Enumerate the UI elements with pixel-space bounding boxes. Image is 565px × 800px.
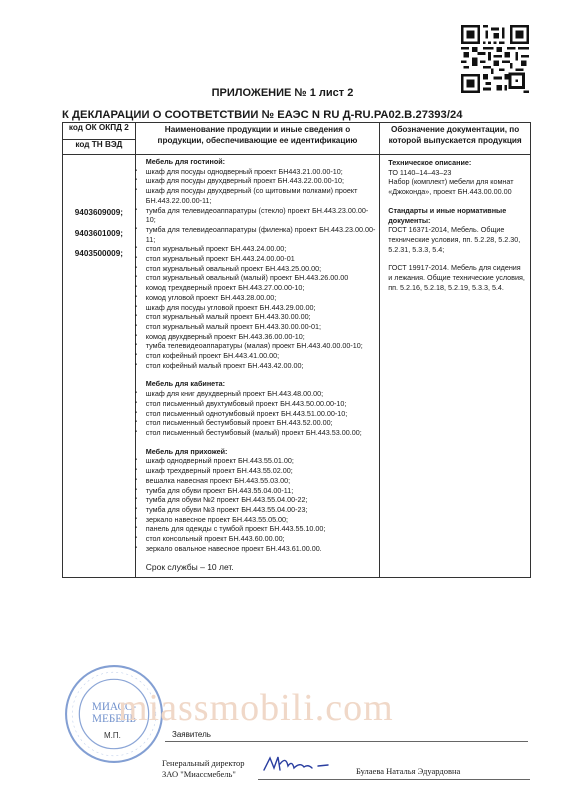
appendix-title: ПРИЛОЖЕНИЕ № 1 лист 2 [0, 87, 565, 99]
product-item: стол журнальный овальный (малый) проект … [139, 273, 378, 283]
product-item: зеркало овальное навесное проект БН.443.… [139, 544, 378, 554]
product-item: стол журнальный малый проект БН.443.30.0… [139, 312, 378, 322]
code-3: 9403500009; [63, 244, 135, 265]
tech-desc-title: Техническое описание: [388, 158, 471, 167]
product-item: стол кофейный малый проект БН.443.42.00.… [139, 361, 378, 371]
product-item: шкаф для посуды однодверный проект БН443… [139, 167, 378, 177]
section-title-living-room: Мебель для гостиной: [139, 157, 378, 167]
declaration-title: К ДЕКЛАРАЦИИ О СООТВЕТСТВИИ № ЕАЭС N RU … [62, 109, 463, 121]
product-item: стол письменный бестумбовый (малый) прое… [139, 428, 378, 438]
product-item: комод угловой проект БН.443.28.00.00; [139, 293, 378, 303]
products-table: код ОК ОКПД 2 Наименование продукции и и… [62, 122, 531, 578]
product-item: тумба для обуви проект БН.443.55.04.00-1… [139, 486, 378, 496]
col-header-name: Наименование продукции и иные сведения о… [135, 123, 380, 155]
product-item: комод трехдверный проект БН.443.27.00.00… [139, 283, 378, 293]
product-item: шкаф для книг двухдверный проект БН.443.… [139, 389, 378, 399]
product-item: вешалка навесная проект БН.443.55.03.00; [139, 476, 378, 486]
product-item: стол журнальный овальный проект БН.443.2… [139, 264, 378, 274]
product-item: комод двухдверный проект БН.443.36.00.00… [139, 332, 378, 342]
col-header-tnved: код ТН ВЭД [63, 140, 136, 155]
standards-title: Стандарты и иные нормативные документы: [388, 206, 506, 225]
qr-code [461, 25, 529, 93]
product-item: тумба для телевидеоаппаратуры (филенка) … [139, 225, 378, 244]
product-item: стол письменный однотумбовый проект БН.4… [139, 409, 378, 419]
product-item: стол журнальный проект БН.443.24.00.00; [139, 244, 378, 254]
applicant-line [165, 741, 528, 742]
signer-name: Булаева Наталья Эдуардовна [356, 766, 460, 776]
section-title-hallway: Мебель для прихожей: [139, 447, 378, 457]
product-item: тумба для обуви №3 проект БН.443.55.04.0… [139, 505, 378, 515]
product-item: тумба для обуви №2 проект БН.443.55.04.0… [139, 495, 378, 505]
product-item: шкаф для посуды угловой проект БН.443.29… [139, 303, 378, 313]
tech-desc-text: Набор (комплект) мебели для комнат «Джок… [388, 177, 526, 196]
signature-line [258, 779, 530, 780]
product-item: шкаф для посуды двухдверный (со щитовыми… [139, 186, 378, 205]
product-item: шкаф трехдверный проект БН.443.55.02.00; [139, 466, 378, 476]
product-item: шкаф однодверный проект БН.443.55.01.00; [139, 456, 378, 466]
signature [260, 752, 340, 778]
signer-company: ЗАО "Миассмебель" [162, 769, 245, 780]
section-title-office: Мебель для кабинета: [139, 379, 378, 389]
col-header-docs: Обозначение документации, по которой вып… [380, 123, 531, 155]
product-item: панель для одежды с тумбой проект БН.443… [139, 524, 378, 534]
products-cell: Мебель для гостиной: шкаф для посуды одн… [135, 155, 380, 578]
code-1: 9403609009; [63, 203, 135, 224]
product-item: шкаф для посуды двухдверный проект БН.44… [139, 176, 378, 186]
codes-cell: 9403609009; 9403601009; 9403500009; [63, 155, 136, 578]
signer-position-block: Генеральный директор ЗАО "Миассмебель" [162, 758, 245, 780]
standard-2: ГОСТ 19917-2014. Мебель для сидения и ле… [388, 263, 526, 292]
product-item: стол журнальный проект БН.443.24.00.00-0… [139, 254, 378, 264]
tech-desc-code: ТО 1140–14–43–23 [388, 168, 526, 178]
col-header-okpd: код ОК ОКПД 2 [63, 123, 136, 140]
product-item: стол письменный двухтумбовый проект БН.4… [139, 399, 378, 409]
code-2: 9403601009; [63, 224, 135, 245]
applicant-label: Заявитель [172, 730, 211, 739]
standard-1: ГОСТ 16371-2014, Мебель. Общие техническ… [388, 225, 526, 254]
section-items-hallway: шкаф однодверный проект БН.443.55.01.00;… [139, 456, 378, 553]
stamp-mp: М.П. [104, 731, 121, 740]
section-items-living-room: шкаф для посуды однодверный проект БН443… [139, 167, 378, 371]
docs-cell: Техническое описание: ТО 1140–14–43–23 Н… [380, 155, 531, 578]
section-items-office: шкаф для книг двухдверный проект БН.443.… [139, 389, 378, 438]
product-item: тумба телевидеоаппаратуры (малая) проект… [139, 341, 378, 351]
product-item: стол журнальный малый проект БН.443.30.0… [139, 322, 378, 332]
product-item: стол кофейный проект БН.443.41.00.00; [139, 351, 378, 361]
service-life: Срок службы – 10 лет. [139, 563, 378, 573]
product-item: тумба для телевидеоаппаратуры (стекло) п… [139, 206, 378, 225]
product-item: стол письменный бестумбовый проект БН.44… [139, 418, 378, 428]
watermark: miassmobili.com [118, 686, 394, 730]
product-item: зеркало навесное проект БН.443.55.05.00; [139, 515, 378, 525]
product-item: стол консольный проект БН.443.60.00.00; [139, 534, 378, 544]
signer-position: Генеральный директор [162, 758, 245, 769]
